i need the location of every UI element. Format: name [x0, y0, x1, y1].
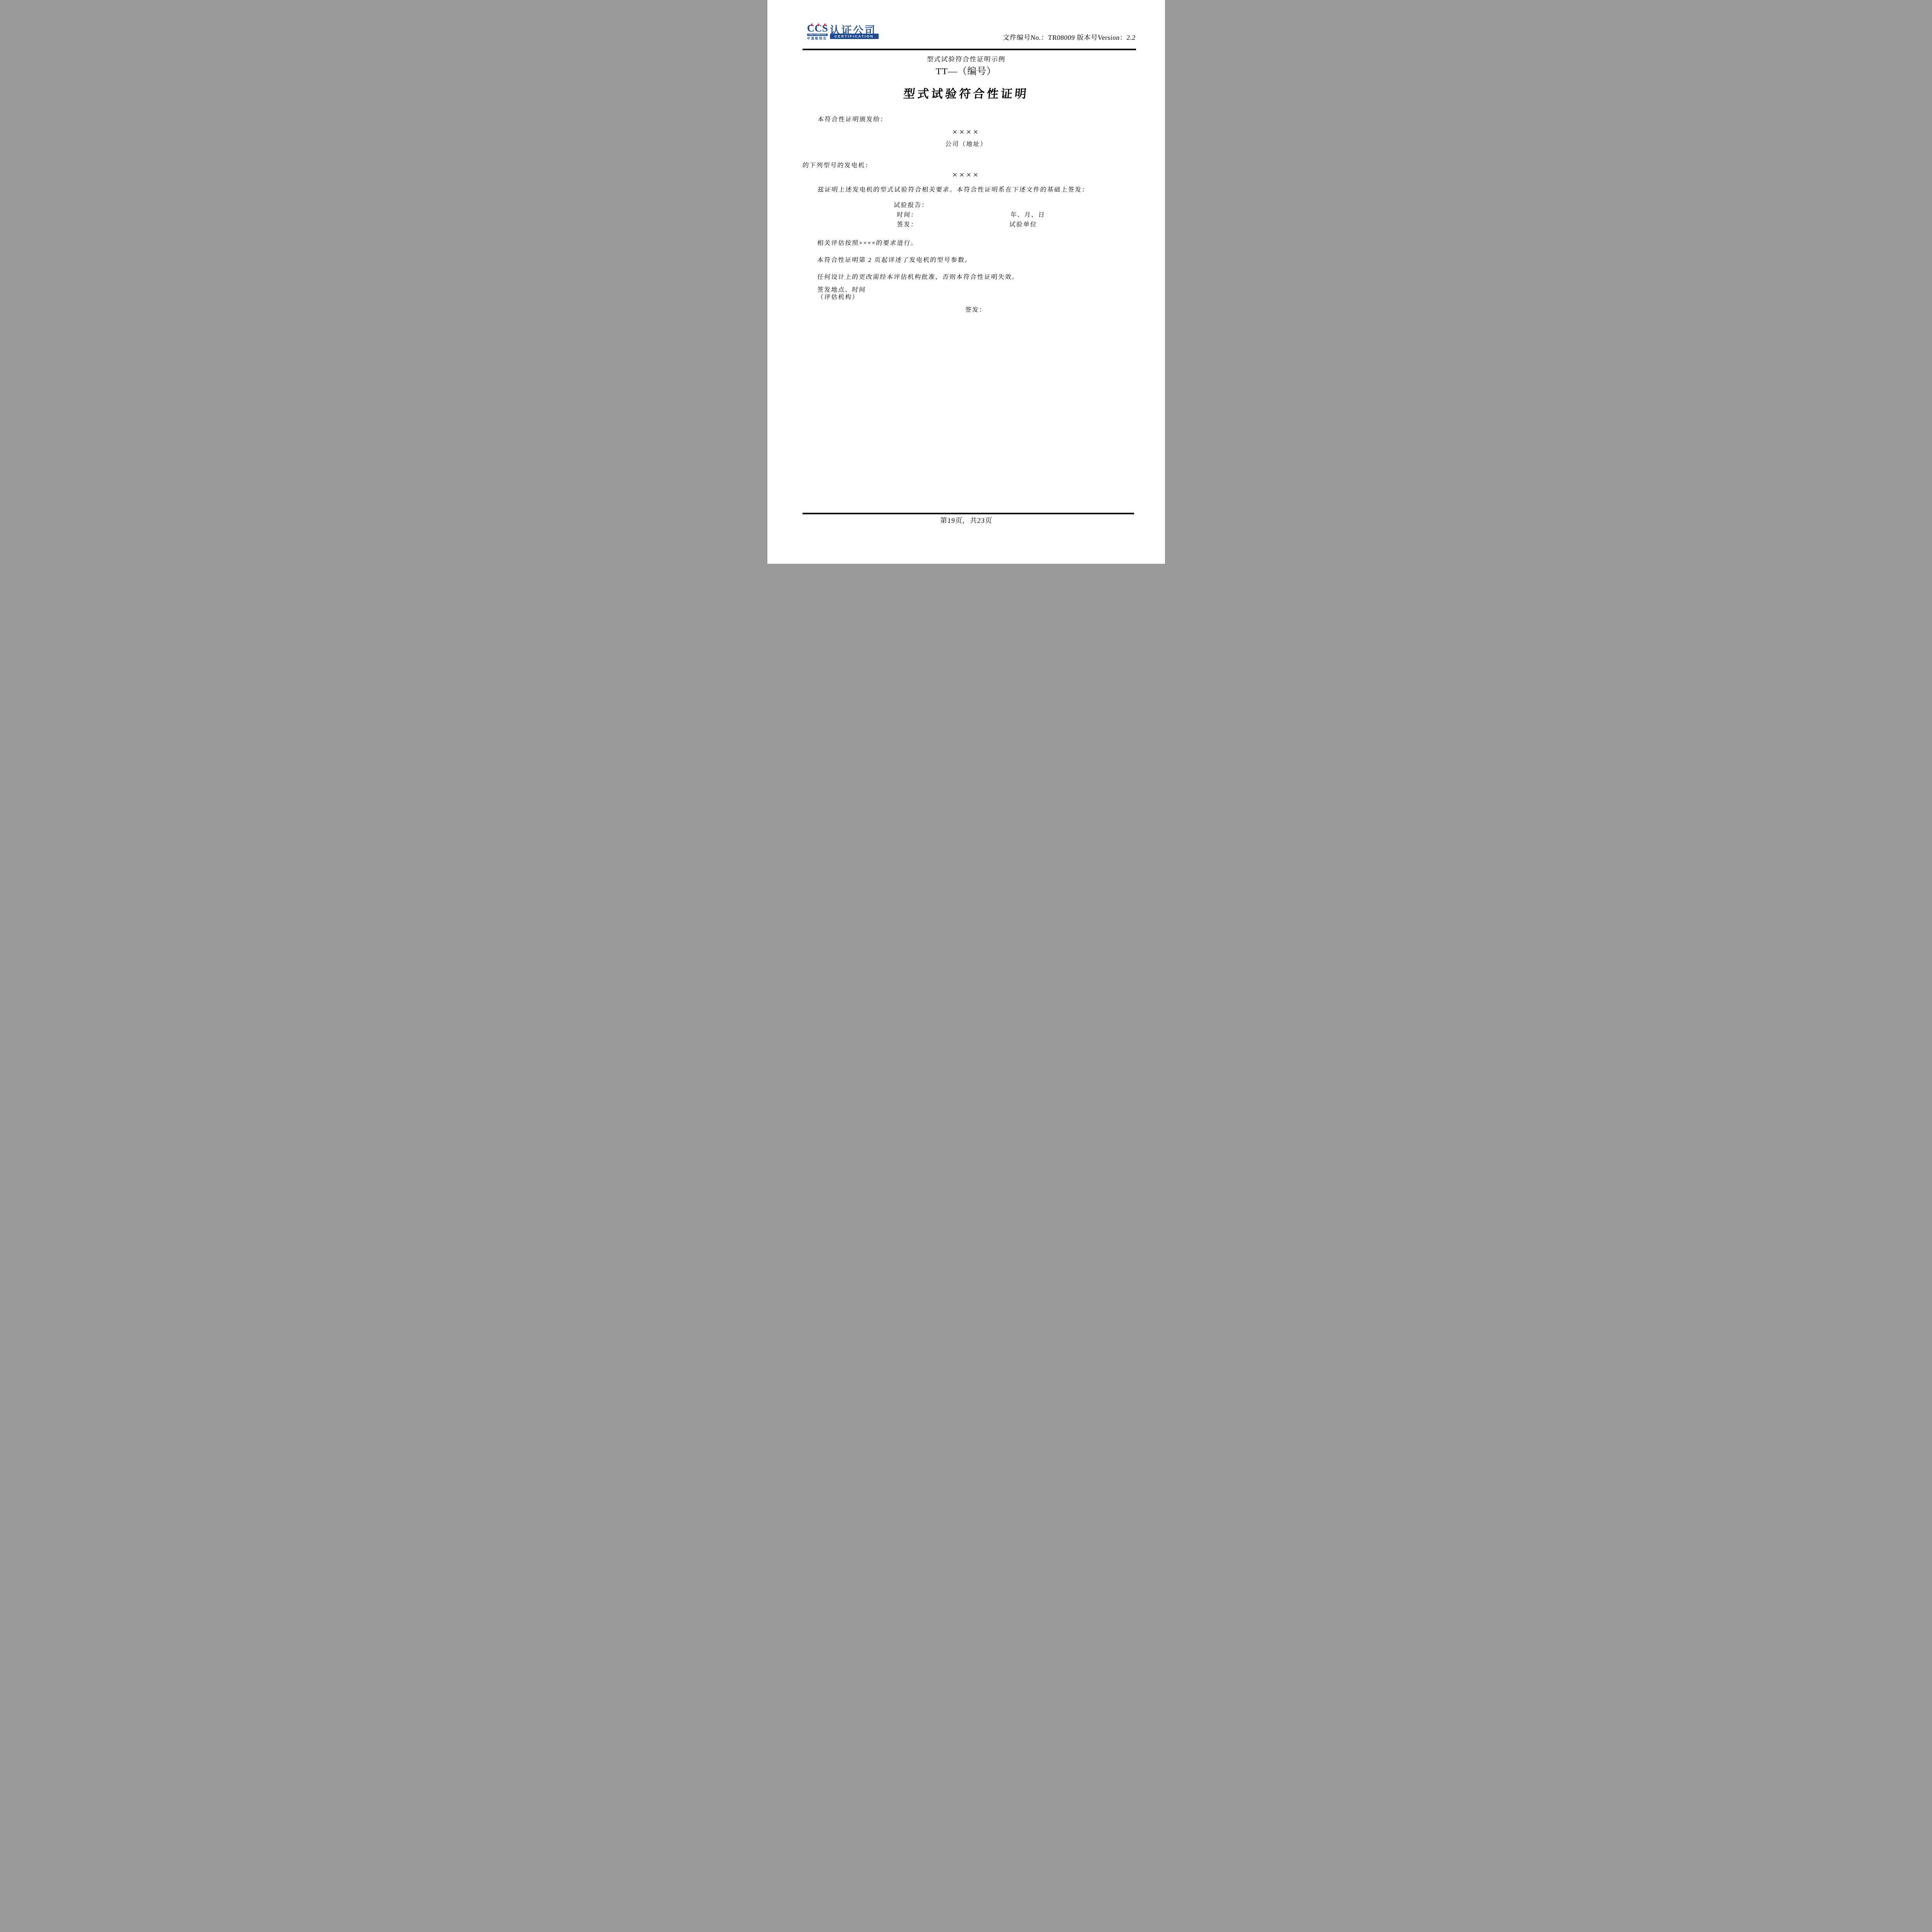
report-issue-row: 签发： 试验单位: [896, 221, 918, 229]
company-placeholder: ××××: [767, 127, 1165, 137]
header-divider: [803, 49, 1136, 50]
logo-society-cn: 中国船级社: [807, 36, 829, 41]
page-number: 第19页，共23页: [767, 515, 1165, 525]
logo-society-en-banner: CHINA CLASSIFICATION SOCIETY: [807, 34, 828, 36]
example-subtitle: 型式试验符合性证明示例: [767, 54, 1165, 63]
sign-label: 签发：: [965, 306, 986, 314]
certificate-number-title: TT—（编号）: [767, 63, 1165, 77]
main-title: 型式试验符合性证明: [767, 84, 1165, 101]
time-value: 年、月、日: [1010, 211, 1046, 219]
parameters-note: 本符合性证明第 2 页起详述了发电机的型号参数。: [817, 256, 972, 264]
test-report-label: 试验报告：: [893, 201, 929, 209]
logo-certification-banner: CERTIFICATION: [830, 34, 879, 39]
issued-to-label: 本符合性证明颁发给：: [817, 116, 888, 124]
company-address-placeholder: 公司（地址）: [767, 140, 1165, 148]
model-placeholder: ××××: [767, 170, 1165, 180]
issue-place-label: 签发地点、时间: [817, 286, 866, 294]
issue-label: 签发：: [896, 221, 918, 228]
certification-statement: 兹证明上述发电机的型式试验符合相关要求。本符合性证明系在下述文件的基础上签发：: [817, 186, 1089, 194]
document-number: 文件编号No.：TR08009 版本号Version：2.2: [1002, 32, 1136, 42]
issue-org-label: （评估机构）: [817, 293, 859, 301]
ccs-logo: CCS 认证公司 CHINA CLASSIFICATION SOCIETY 中国…: [807, 24, 879, 40]
generator-lead-line: 的下列型号的发电机：: [802, 162, 872, 170]
footer-divider: [803, 513, 1134, 514]
design-change-note: 任何设计上的更改需经本评估机构批准，否则本符合性证明失效。: [817, 273, 1019, 281]
issue-value: 试验单位: [1009, 221, 1037, 229]
report-time-row: 时间： 年、月、日: [896, 211, 918, 219]
certificate-page: CCS 认证公司 CHINA CLASSIFICATION SOCIETY 中国…: [767, 0, 1165, 564]
time-label: 时间：: [896, 212, 918, 218]
evaluation-note: 相关评估按照××××的要求进行。: [817, 239, 918, 247]
